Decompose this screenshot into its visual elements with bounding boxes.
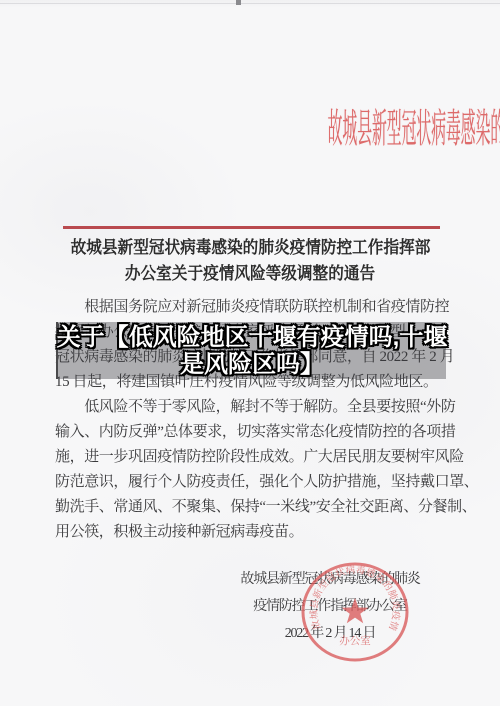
red-divider-line	[63, 226, 440, 229]
photo-top-edge-line	[0, 3, 500, 4]
signature-org-line-1: 故城县新型冠状病毒感染的肺炎	[215, 566, 445, 593]
letterhead-org-name: 故城县新型冠状病毒感染的肺炎疫情防控工作指挥部办公室	[328, 106, 500, 152]
notice-title: 故城县新型冠状病毒感染的肺炎疫情防控工作指挥部 办公室关于疫情风险等级调整的通告	[0, 235, 500, 287]
body-line: 低风险不等于零风险，解封不等于解防。全县要按照“外防	[55, 395, 475, 420]
body-line: 施，进一步巩固疫情防控阶段性成效。广大居民朋友要树牢风险	[55, 445, 475, 470]
document-photo: 故城县新型冠状病毒感染的肺炎疫情防控工作指挥部办公室 故城县新型冠状病毒感染的肺…	[0, 0, 500, 706]
notice-title-line-2: 办公室关于疫情风险等级调整的通告	[125, 261, 375, 287]
caption-line-1: 关于【低风险地区十堰有疫情吗,十堰	[57, 324, 448, 351]
caption-overlay: 关于【低风险地区十堰有疫情吗,十堰 是风险区吗】	[56, 322, 446, 379]
caption-line-2: 是风险区吗】	[180, 351, 324, 378]
body-line: 防范意识，履行个人防疫责任，强化个人防护措施，坚持戴口罩、	[55, 470, 475, 495]
body-line: 根据国务院应对新冠肺炎疫情联防联控机制和省疫情防控	[55, 295, 475, 320]
body-line: 勤洗手、常通风、不聚集、保持“一米线”安全社交距离、分餐制、	[55, 495, 475, 520]
body-line: 输入、内防反弹”总体要求，切实落实常态化疫情防控的各项措	[55, 420, 475, 445]
signature-block: 故城县新型冠状病毒感染的肺炎 疫情防控工作指挥部办公室 2022 年 2 月 1…	[215, 566, 445, 647]
body-line: 用公筷，积极主动接种新冠病毒疫苗。	[55, 520, 475, 545]
signature-org-line-2: 疫情防控工作指挥部办公室	[215, 593, 445, 620]
photo-top-tick-artifact	[236, 0, 241, 5]
signature-date: 2022 年 2 月 14 日	[215, 620, 445, 647]
letterhead: 故城县新型冠状病毒感染的肺炎疫情防控工作指挥部办公室	[0, 106, 500, 152]
notice-title-line-1: 故城县新型冠状病毒感染的肺炎疫情防控工作指挥部	[70, 235, 430, 261]
